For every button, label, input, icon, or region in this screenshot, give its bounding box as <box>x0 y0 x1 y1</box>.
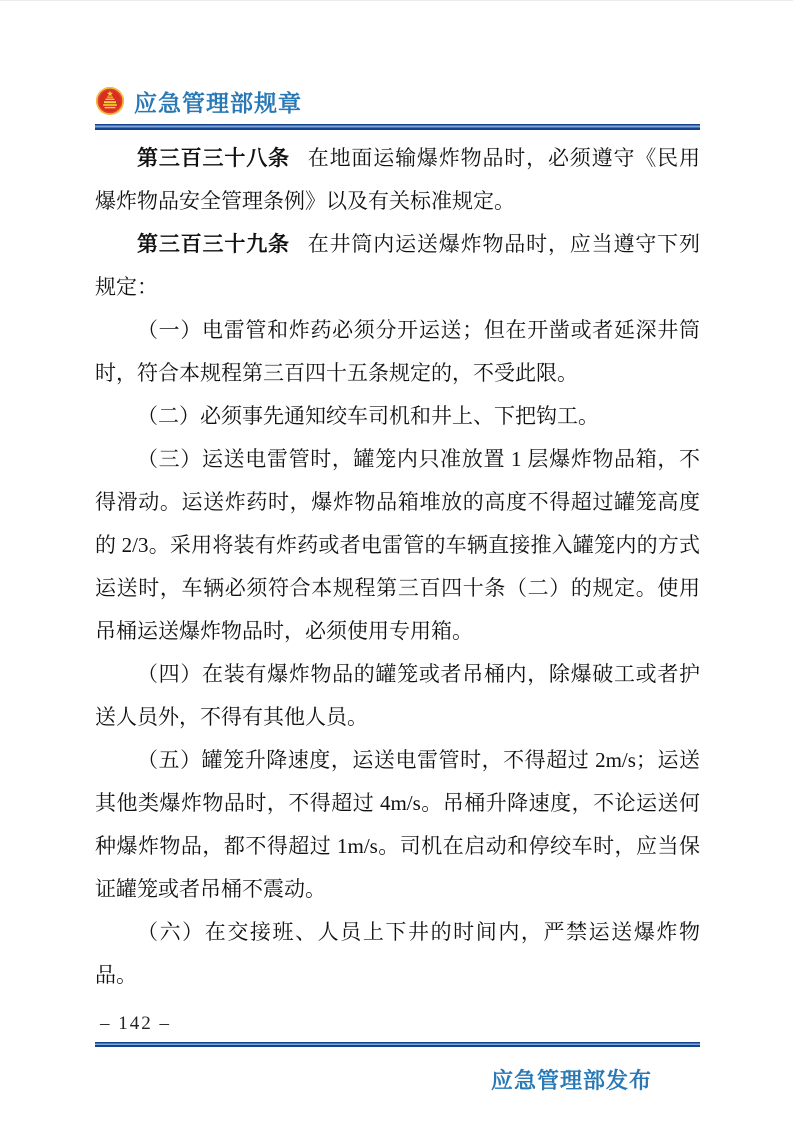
national-emblem-icon <box>95 86 125 116</box>
document-body: 第三百三十八条在地面运输爆炸物品时，必须遵守《民用爆炸物品安全管理条例》以及有关… <box>95 137 700 997</box>
paragraph-text: （四）在装有爆炸物品的罐笼或者吊桶内，除爆破工或者护送人员外，不得有其他人员。 <box>95 662 700 729</box>
article-338-paragraph: 第三百三十八条在地面运输爆炸物品时，必须遵守《民用爆炸物品安全管理条例》以及有关… <box>95 137 700 223</box>
page-footer: – 142 – 应急管理部发布 <box>95 1013 700 1095</box>
header-row: 应急管理部规章 <box>95 85 700 117</box>
article-339-paragraph: 第三百三十九条在井筒内运送爆炸物品时，应当遵守下列规定： <box>95 223 700 309</box>
footer-rule <box>95 1042 700 1047</box>
page-header: 应急管理部规章 <box>95 85 700 130</box>
paragraph-text: （三）运送电雷管时，罐笼内只准放置 1 层爆炸物品箱，不得滑动。运送炸药时，爆炸… <box>95 447 700 643</box>
document-page: 应急管理部规章 第三百三十八条在地面运输爆炸物品时，必须遵守《民用爆炸物品安全管… <box>0 0 793 1122</box>
paragraph-text: （五）罐笼升降速度，运送电雷管时，不得超过 2m/s；运送其他类爆炸物品时，不得… <box>95 748 700 901</box>
publisher-label: 应急管理部发布 <box>95 1064 700 1095</box>
paragraph-text: （二）必须事先通知绞车司机和井上、下把钩工。 <box>137 404 599 428</box>
page-number: – 142 – <box>95 1013 700 1035</box>
item-3-paragraph: （三）运送电雷管时，罐笼内只准放置 1 层爆炸物品箱，不得滑动。运送炸药时，爆炸… <box>95 438 700 653</box>
article-number: 第三百三十八条 <box>137 147 290 170</box>
item-1-paragraph: （一）电雷管和炸药必须分开运送；但在开凿或者延深井筒时，符合本规程第三百四十五条… <box>95 309 700 395</box>
item-2-paragraph: （二）必须事先通知绞车司机和井上、下把钩工。 <box>95 395 700 438</box>
item-5-paragraph: （五）罐笼升降速度，运送电雷管时，不得超过 2m/s；运送其他类爆炸物品时，不得… <box>95 739 700 911</box>
header-title: 应急管理部规章 <box>134 85 302 118</box>
article-number: 第三百三十九条 <box>137 233 290 256</box>
item-6-paragraph: （六）在交接班、人员上下井的时间内，严禁运送爆炸物品。 <box>95 911 700 997</box>
paragraph-text: （一）电雷管和炸药必须分开运送；但在开凿或者延深井筒时，符合本规程第三百四十五条… <box>95 318 700 385</box>
header-rule <box>95 124 700 130</box>
item-4-paragraph: （四）在装有爆炸物品的罐笼或者吊桶内，除爆破工或者护送人员外，不得有其他人员。 <box>95 653 700 739</box>
paragraph-text: （六）在交接班、人员上下井的时间内，严禁运送爆炸物品。 <box>95 920 700 987</box>
